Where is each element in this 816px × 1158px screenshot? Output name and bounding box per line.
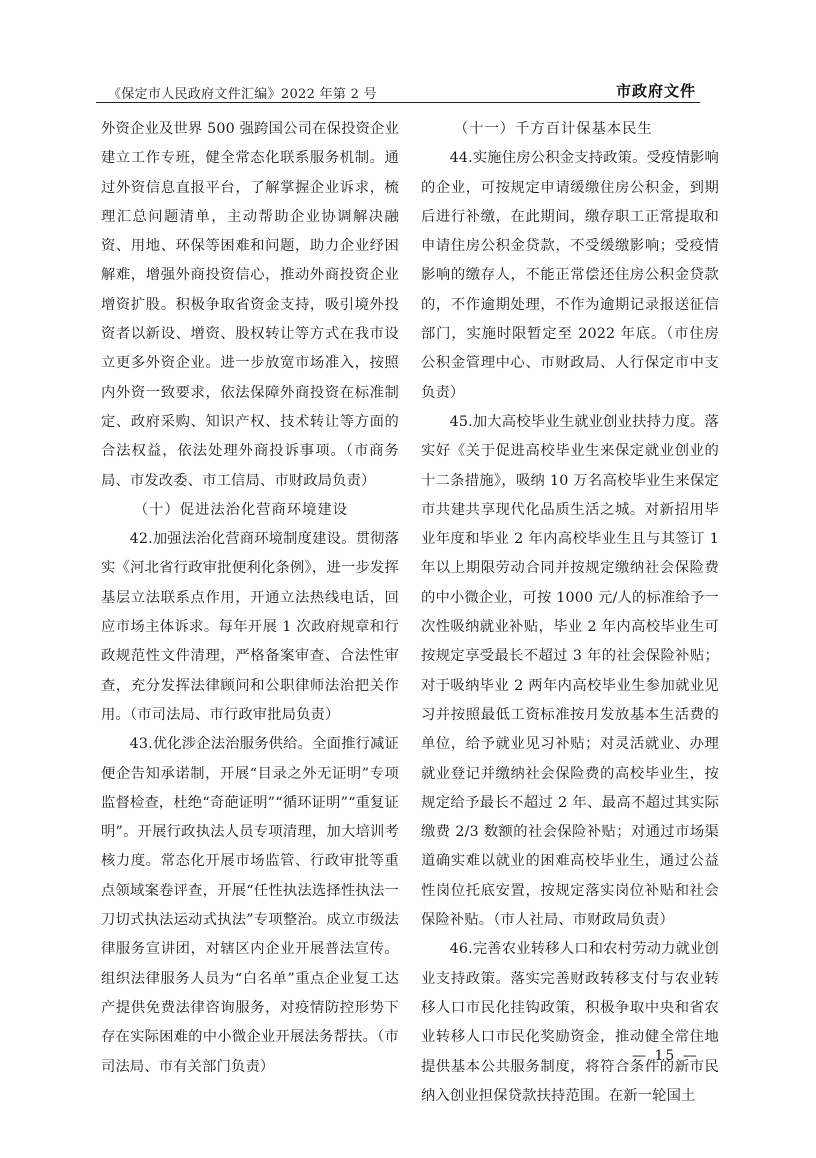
section-heading-11: （十一）千方百计保基本民生 [421,115,719,144]
section-label: 市政府文件 [616,80,696,101]
item-44: 44.实施住房公积金支持政策。受疫情影响的企业，可按规定申请缓缴住房公积金，到期… [421,144,719,408]
item-42: 42.加强法治化营商环境制度建设。贯彻落实《河北省行政审批便利化条例》，进一步发… [101,525,399,730]
item-46: 46.完善农业转移人口和农村劳动力就业创业支持政策。落实完善财政转移支付与农业转… [421,935,719,1111]
item-43: 43.优化涉企法治服务供给。全面推行减证便企告知承诺制，开展“目录之外无证明”专… [101,730,399,1082]
paragraph-continued: 外资企业及世界 500 强跨国公司在保投资企业建立工作专班，健全常态化联系服务机… [101,115,399,496]
left-column: 外资企业及世界 500 强跨国公司在保投资企业建立工作专班，健全常态化联系服务机… [101,115,399,1082]
page-number: — 15 — [632,1048,699,1064]
running-header: 《保定市人民政府文件汇编》2022 年第 2 号 市政府文件 [96,80,700,102]
section-heading-10: （十）促进法治化营商环境建设 [101,496,399,525]
item-45: 45.加大高校毕业生就业创业扶持力度。落实好《关于促进高校毕业生来保定就业创业的… [421,408,719,935]
publication-title: 《保定市人民政府文件汇编》2022 年第 2 号 [108,83,377,102]
header-divider [96,102,700,103]
right-column: （十一）千方百计保基本民生 44.实施住房公积金支持政策。受疫情影响的企业，可按… [421,115,719,1111]
